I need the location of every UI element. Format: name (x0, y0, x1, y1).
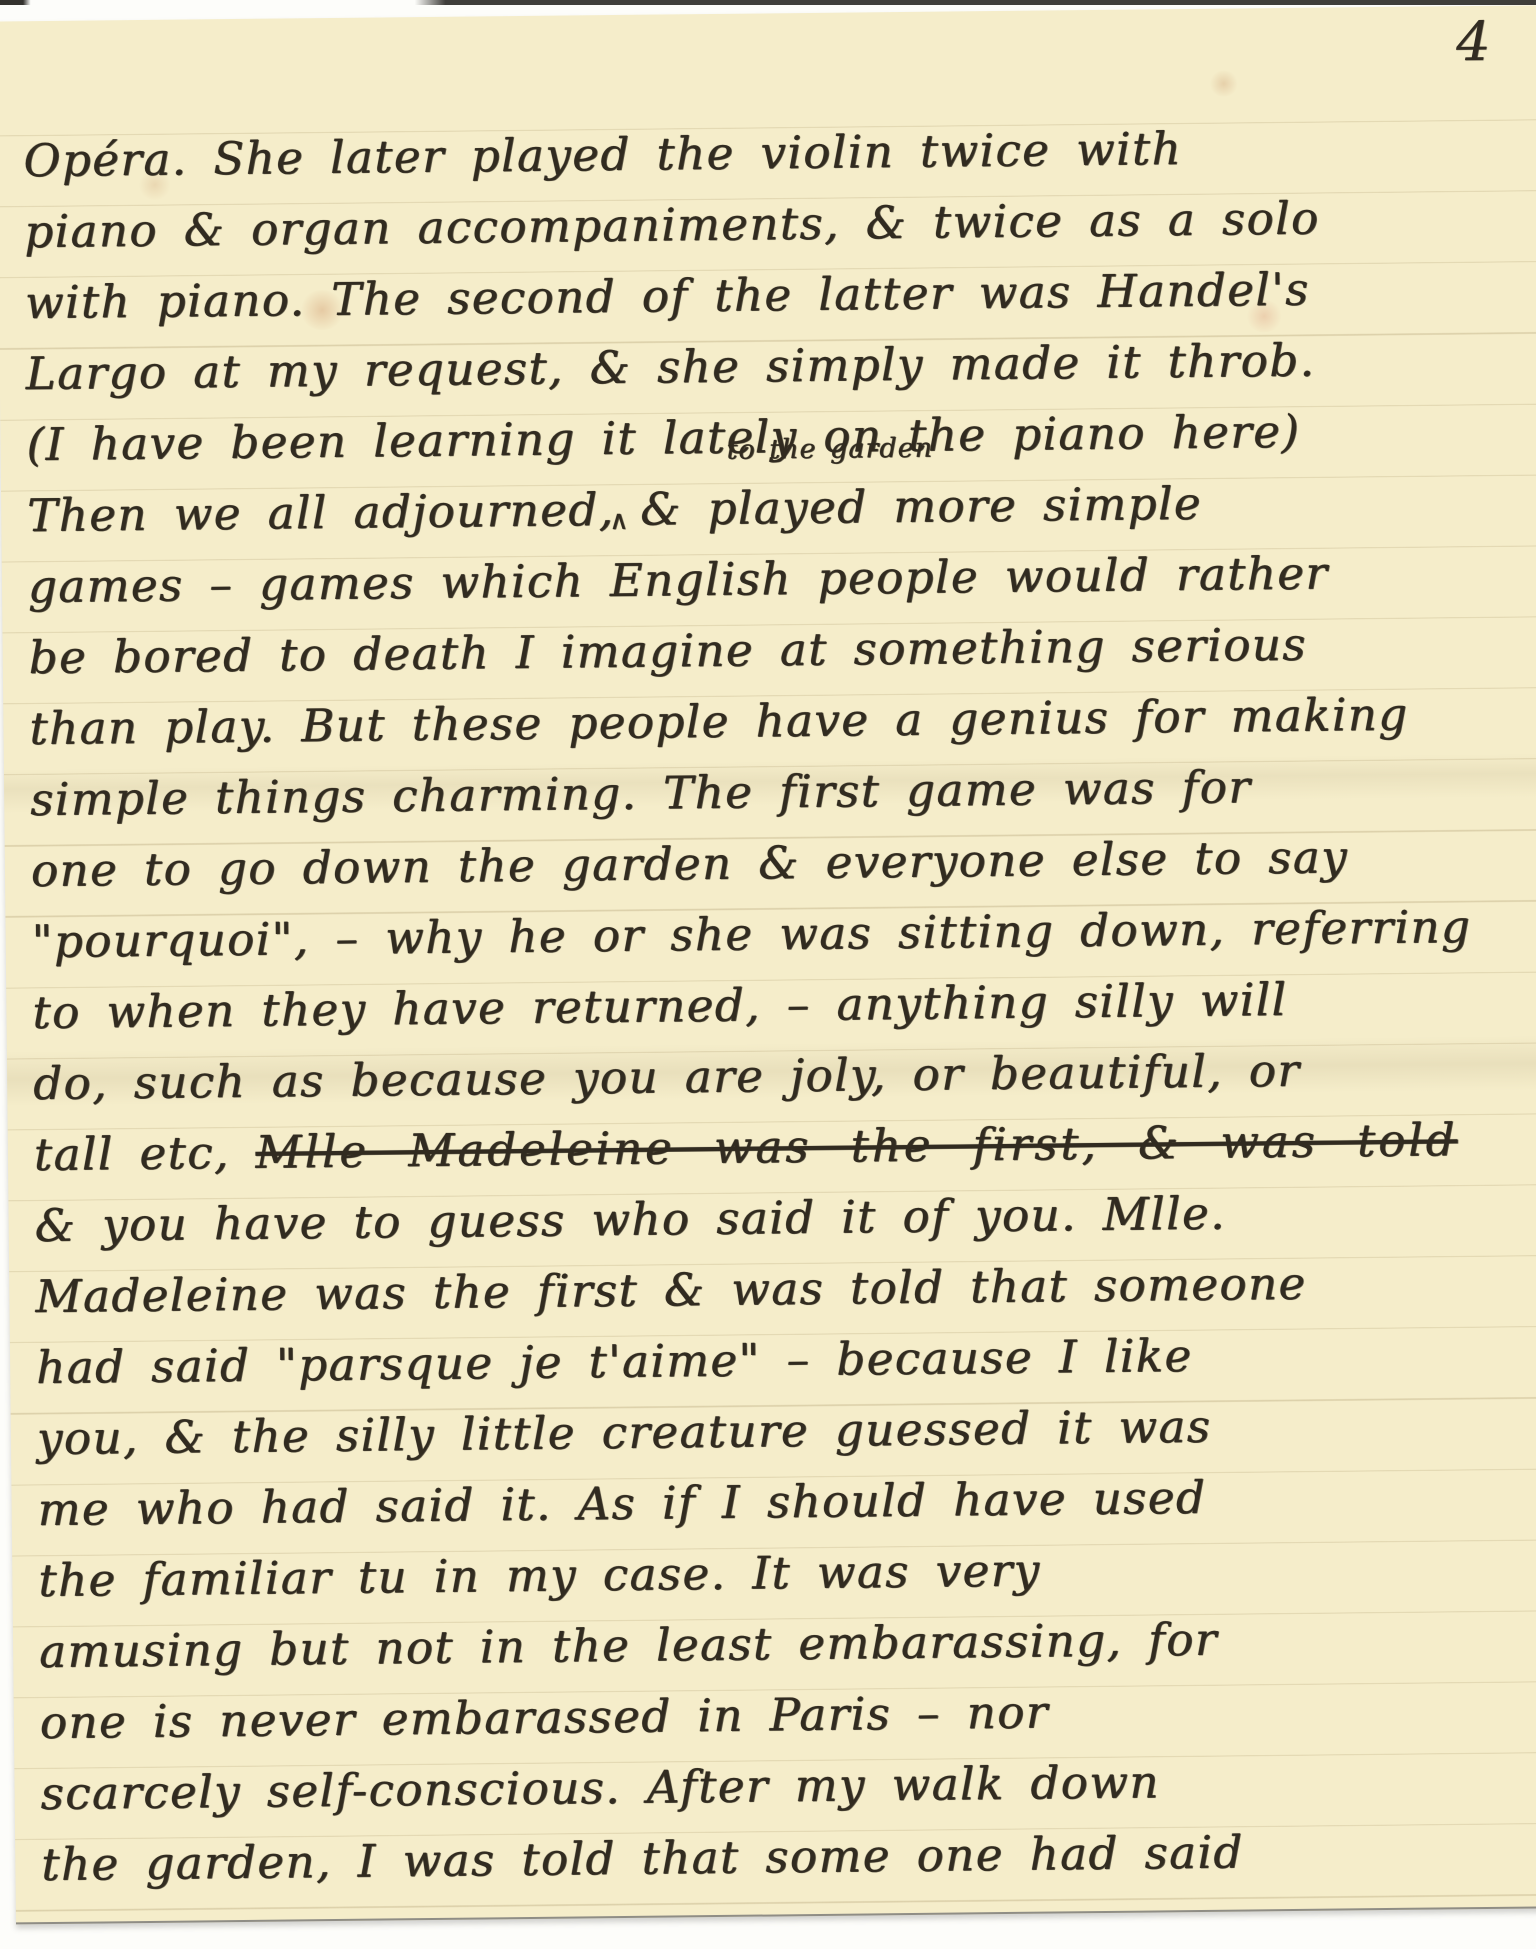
line-text: you, & the silly little creature guessed… (37, 1400, 1212, 1465)
line-text: scarcely self-conscious. After my walk d… (40, 1755, 1160, 1820)
line-text: Opéra. She later played the violin twice… (23, 122, 1182, 187)
line-text: games – games which English people would… (28, 547, 1329, 614)
line-text: simple things charming. The first game w… (30, 760, 1252, 826)
paper-stain (1209, 70, 1239, 96)
scan-top-edge (0, 0, 1536, 5)
line-text: amusing but not in the least embarassing… (39, 1613, 1218, 1678)
line-text: the garden, I was told that some one had… (41, 1826, 1244, 1892)
letter-line: the garden, I was told that some one had… (41, 1813, 1536, 1900)
page-number: 4 (1456, 10, 1491, 73)
line-text: do, such as because you are joly, or bea… (33, 1044, 1301, 1110)
line-text: & you have to guess who said it of you. … (34, 1187, 1226, 1252)
line-text: Largo at my request, & she simply made i… (25, 334, 1315, 401)
caret-mark: ∧ (609, 508, 630, 534)
interline-insertion: to the garden (726, 435, 933, 464)
line-text: be bored to death I imagine at something… (28, 618, 1307, 684)
line-text: (I have been learning it lately on the p… (26, 405, 1300, 471)
line-text: to when they have returned, – anything s… (32, 973, 1288, 1039)
line-text: than play. But these people have a geniu… (29, 688, 1409, 755)
line-text: piano & organ accompaniments, & twice as… (24, 192, 1320, 259)
line-text: the familiar tu in my case. It was very (38, 1544, 1041, 1607)
line-text: tall etc, (34, 1126, 256, 1181)
page-scan: 4 Opéra. She later played the violin twi… (0, 0, 1536, 1949)
line-text: one to go down the garden & everyone els… (31, 830, 1349, 897)
line-text: one is never embarassed in Paris – nor (40, 1686, 1049, 1750)
letter-page: 4 Opéra. She later played the violin twi… (0, 5, 1536, 1925)
line-text: "pourquoi", – why he or she was sitting … (31, 900, 1471, 968)
letter-body: Opéra. She later played the violin twice… (23, 109, 1536, 1900)
line-text: had said "parsque je t'aime" – because I… (36, 1329, 1193, 1394)
line-text: Madeleine was the first & was told that … (35, 1257, 1307, 1323)
strikethrough-text: Mlle Madeleine was the first, & was told (255, 1113, 1458, 1179)
line-text: me who had said it. As if I should have … (37, 1471, 1206, 1536)
line-text: with piano. The second of the latter was… (25, 263, 1310, 329)
